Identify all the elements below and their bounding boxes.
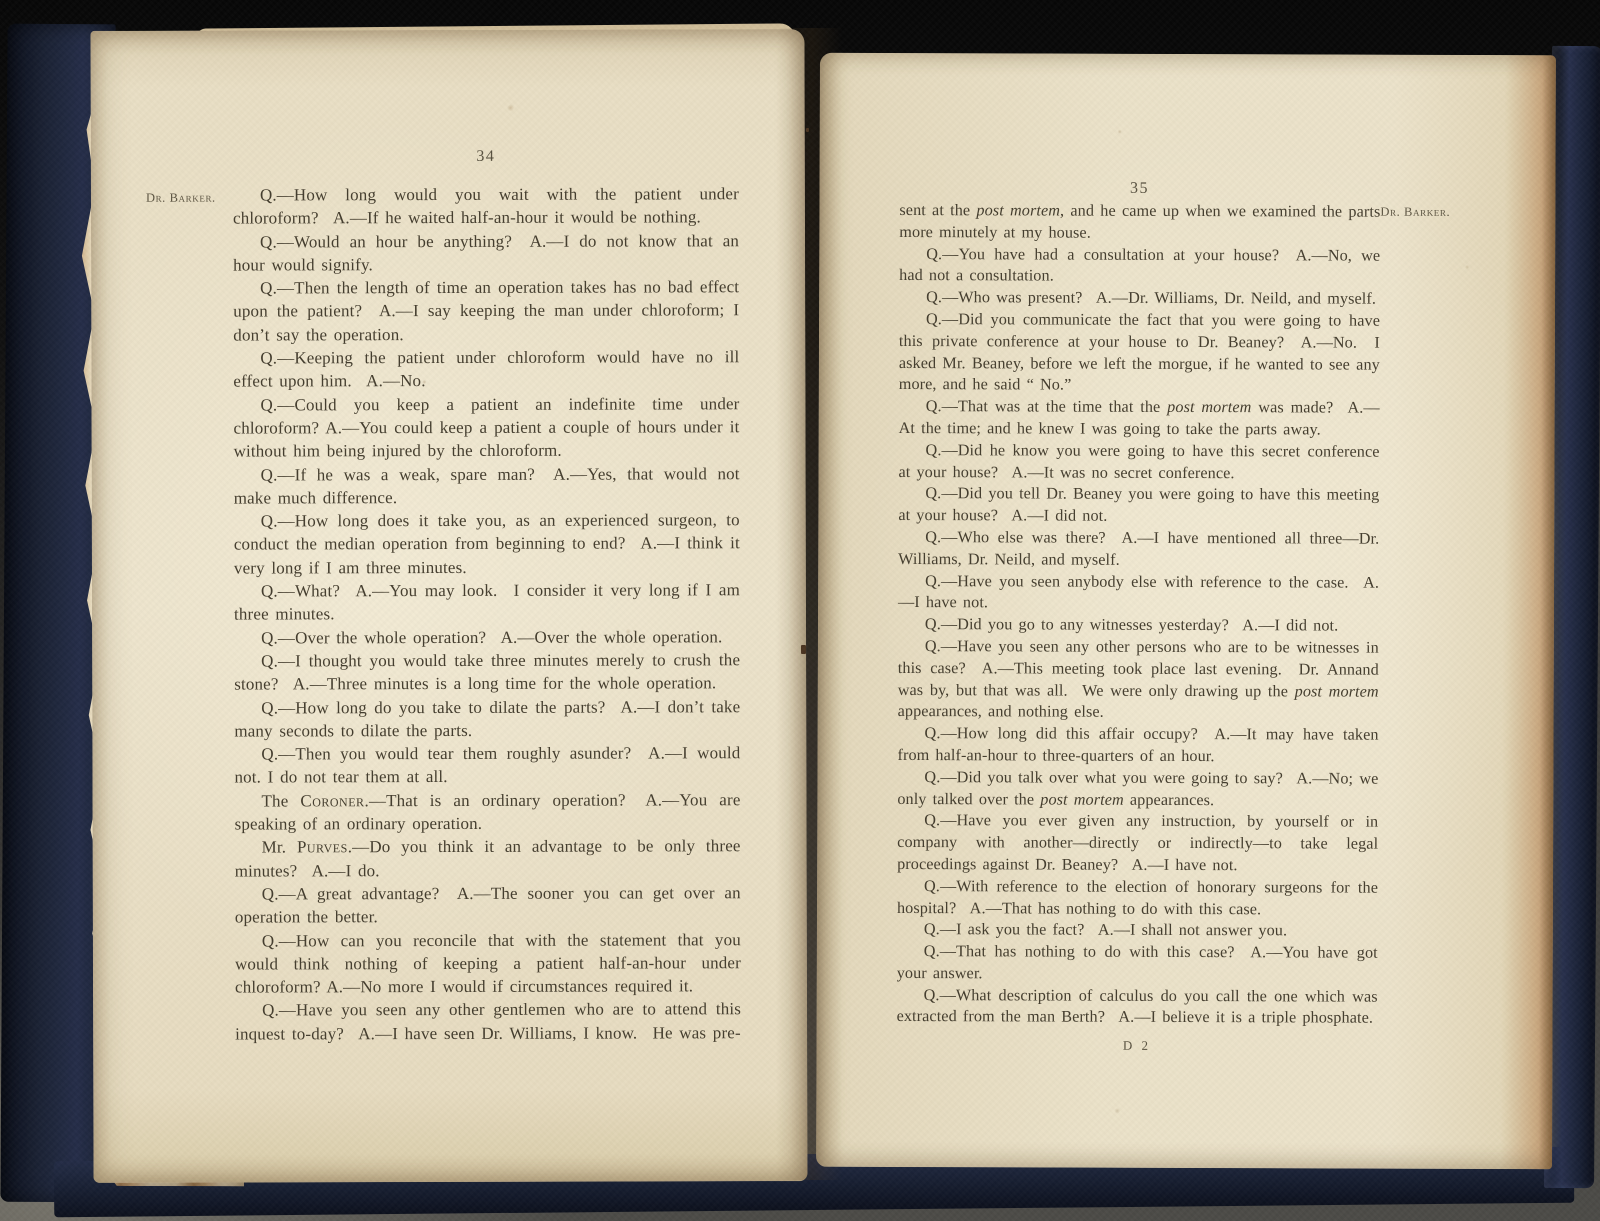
paragraph: Q.—Have you seen any other gentlemen who…: [235, 998, 741, 1046]
right-margin-note: Dr. Barker.: [1380, 205, 1450, 220]
signature-mark: D 2: [896, 1037, 1377, 1055]
paragraph: Q.—I thought you would take three minute…: [234, 648, 740, 696]
paragraph: Q.—How can you reconcile that with the s…: [235, 928, 741, 999]
paragraph: Q.—Then the length of time an operation …: [233, 275, 739, 346]
paragraph: Q.—How long would you wait with the pati…: [233, 182, 739, 230]
paragraph: The Coroner.—That is an ordinary operati…: [234, 788, 740, 836]
book-photo-scene: 34 Dr. Barker. Q.—How long would you wai…: [0, 0, 1600, 1221]
paragraph: Q.—I ask you the fact? A.—I shall not an…: [897, 919, 1378, 942]
paragraph: Q.—Did you go to any witnesses yesterday…: [898, 614, 1379, 637]
left-page-number: 34: [233, 147, 739, 166]
paragraph: Q.—Did you tell Dr. Beaney you were goin…: [898, 483, 1379, 528]
paragraph: Q.—Could you keep a patient an indefinit…: [233, 392, 739, 463]
paragraph: Q.—Keeping the patient under chloroform …: [233, 345, 739, 393]
paragraph: Q.—What? A.—You may look. I consider it …: [234, 578, 740, 626]
left-page: 34 Dr. Barker. Q.—How long would you wai…: [90, 29, 807, 1183]
paragraph: Mr. Purves.—Do you think it an advantage…: [235, 835, 741, 883]
paragraph: Q.—Would an hour be anything? A.—I do no…: [233, 229, 739, 277]
left-margin-note: Dr. Barker.: [146, 191, 216, 206]
paragraph: Q.—Did you talk over what you were going…: [897, 767, 1378, 812]
paragraph: Q.—Have you seen any other persons who a…: [898, 636, 1379, 725]
paragraph: Q.—Did you communicate the fact that you…: [899, 309, 1380, 398]
paragraph: Q.—Who else was there? A.—I have mention…: [898, 527, 1379, 572]
paragraph: Q.—Did he know you were going to have th…: [898, 440, 1379, 485]
right-page-number: 35: [899, 179, 1379, 199]
paragraph: Q.—If he was a weak, spare man? A.—Yes, …: [234, 462, 740, 510]
paragraph: Q.—Then you would tear them roughly asun…: [234, 741, 740, 789]
paragraph: Q.—That was at the time that the post mo…: [899, 396, 1380, 441]
ink-speck: [806, 128, 809, 132]
paragraph: Q.—How long do you take to dilate the pa…: [234, 695, 740, 743]
paragraph: Q.—With reference to the election of hon…: [897, 876, 1378, 921]
paragraph: Q.—You have had a consultation at your h…: [899, 244, 1380, 289]
left-page-text: Q.—How long would you wait with the pati…: [233, 182, 741, 1045]
paragraph: Q.—Who was present? A.—Dr. Williams, Dr.…: [899, 287, 1380, 310]
paragraph: Q.—Over the whole operation? A.—Over the…: [234, 625, 740, 650]
paragraph: Q.—Have you seen anybody else with refer…: [898, 571, 1379, 616]
paragraph: Q.—How long does it take you, as an expe…: [234, 508, 740, 579]
ink-speck: [801, 645, 806, 654]
paragraph: Q.—What description of calculus do you c…: [897, 985, 1378, 1030]
paragraph: Q.—That has nothing to do with this case…: [897, 941, 1378, 986]
paragraph: Q.—How long did this affair occupy? A.—I…: [897, 723, 1378, 768]
paragraph: Q.—Have you ever given any instruction, …: [897, 810, 1378, 877]
right-page-text: sent at the post mortem, and he came up …: [897, 200, 1381, 1030]
paragraph: Q.—A great advantage? A.—The sooner you …: [235, 881, 741, 929]
right-page: 35 Dr. Barker. sent at the post mortem, …: [816, 53, 1556, 1170]
paragraph: sent at the post mortem, and he came up …: [899, 200, 1380, 245]
